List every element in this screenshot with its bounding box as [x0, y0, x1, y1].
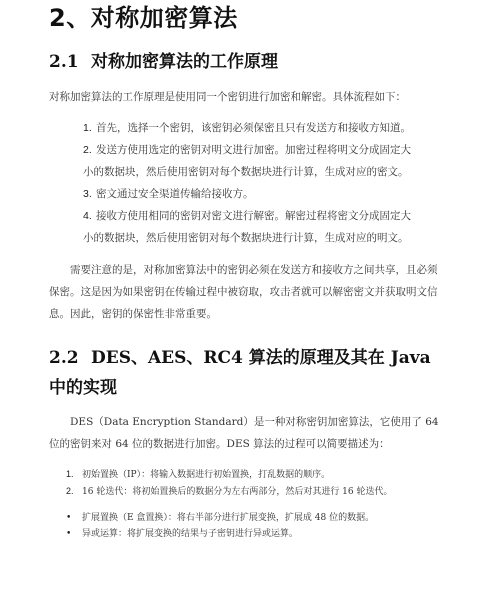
list-item: 1.首先，选择一个密钥，该密钥必须保密且只有发送方和接收方知道。 [83, 117, 411, 139]
bullet-icon: • [66, 510, 82, 526]
section-heading-2-2: 2.2DES、AES、RC4 算法的原理及其在 Java 中的实现 [49, 343, 449, 403]
list-item-continuation: 小的数据块，然后使用密钥对每个数据块进行计算，生成对应的明文。 [83, 227, 411, 249]
section-number: 2.2 [49, 343, 91, 373]
list-number: 1. [66, 466, 82, 482]
list-item: 3.密文通过安全渠道传输给接收方。 [83, 183, 411, 205]
list-item: 2.16 轮迭代：将初始置换后的数据分为左右两部分，然后对其进行 16 轮迭代。 [66, 483, 393, 500]
list-text: 小的数据块，然后使用密钥对每个数据块进行计算，生成对应的密文。 [83, 166, 409, 178]
list-number: 3. [83, 183, 96, 205]
list-text: 发送方使用选定的密钥对明文进行加密。加密过程将明文分成固定大 [96, 144, 411, 156]
list-item: 1.初始置换（IP）：将输入数据进行初始置换，打乱数据的顺序。 [66, 466, 393, 483]
chapter-title: 2、对称加密算法 [49, 2, 238, 34]
list-text: 密文通过安全渠道传输给接收方。 [96, 188, 254, 200]
section-heading-2-1: 2.1对称加密算法的工作原理 [49, 50, 278, 74]
list-text: 接收方使用相同的密钥对密文进行解密。解密过程将密文分成固定大 [96, 210, 411, 222]
list-text: 首先，选择一个密钥，该密钥必须保密且只有发送方和接收方知道。 [96, 122, 411, 134]
note-text: 需要注意的是，对称加密算法中的密钥必须在发送方和接收方之间共享，且必须保密。这是… [49, 264, 438, 320]
note-paragraph: 需要注意的是，对称加密算法中的密钥必须在发送方和接收方之间共享，且必须保密。这是… [49, 259, 441, 325]
section-title: 对称加密算法的工作原理 [91, 52, 278, 72]
intro-paragraph: 对称加密算法的工作原理是使用同一个密钥进行加密和解密。具体流程如下： [49, 86, 406, 108]
list-number: 1. [83, 117, 96, 139]
bullet-item: •扩展置换（E 盒置换）：将右半部分进行扩展变换，扩展成 48 位的数据。 [66, 510, 374, 526]
list-number: 2. [83, 139, 96, 161]
bullet-icon: • [66, 526, 82, 542]
des-round-bullets: •扩展置换（E 盒置换）：将右半部分进行扩展变换，扩展成 48 位的数据。 •异… [66, 510, 374, 542]
bullet-item: •异或运算：将扩展变换的结果与子密钥进行异或运算。 [66, 526, 374, 542]
bullet-text: 扩展置换（E 盒置换）：将右半部分进行扩展变换，扩展成 48 位的数据。 [82, 513, 374, 523]
process-steps-list: 1.首先，选择一个密钥，该密钥必须保密且只有发送方和接收方知道。 2.发送方使用… [83, 117, 411, 249]
list-number: 4. [83, 205, 96, 227]
des-intro-text: DES（Data Encryption Standard）是一种对称密钥加密算法… [49, 416, 439, 450]
list-item: 4.接收方使用相同的密钥对密文进行解密。解密过程将密文分成固定大 [83, 205, 411, 227]
bullet-text: 异或运算：将扩展变换的结果与子密钥进行异或运算。 [82, 529, 298, 539]
list-number: 2. [66, 483, 82, 499]
list-text: 16 轮迭代：将初始置换后的数据分为左右两部分，然后对其进行 16 轮迭代。 [82, 487, 393, 497]
des-steps-list: 1.初始置换（IP）：将输入数据进行初始置换，打乱数据的顺序。 2.16 轮迭代… [66, 466, 393, 500]
list-text: 小的数据块，然后使用密钥对每个数据块进行计算，生成对应的明文。 [83, 232, 409, 244]
list-item-continuation: 小的数据块，然后使用密钥对每个数据块进行计算，生成对应的密文。 [83, 161, 411, 183]
section-number: 2.1 [49, 50, 91, 74]
section-title: DES、AES、RC4 算法的原理及其在 Java 中的实现 [49, 348, 431, 398]
des-intro-paragraph: DES（Data Encryption Standard）是一种对称密钥加密算法… [49, 411, 443, 455]
list-text: 初始置换（IP）：将输入数据进行初始置换，打乱数据的顺序。 [82, 470, 330, 480]
list-item: 2.发送方使用选定的密钥对明文进行加密。加密过程将明文分成固定大 [83, 139, 411, 161]
